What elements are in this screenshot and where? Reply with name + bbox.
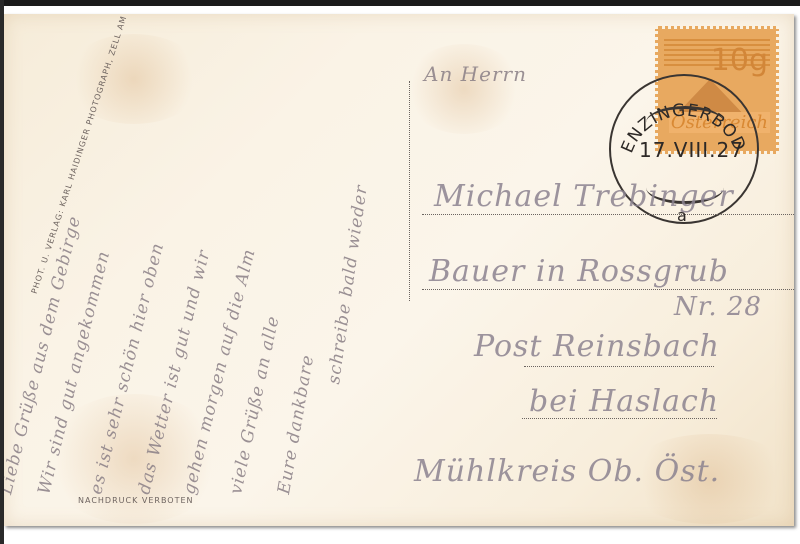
copyright-notice: NACHDRUCK VERBOTEN: [78, 496, 194, 505]
postmark-bar-top: [646, 106, 724, 139]
postmark-date: 17.VIII.27: [639, 138, 744, 162]
address-salutation: An Herrn: [424, 62, 527, 86]
address-line: Michael Trebinger: [434, 179, 734, 214]
paper-stain: [64, 34, 204, 124]
address-rule: [422, 214, 794, 215]
paper-stain: [404, 44, 524, 134]
message-line: Eure dankbare: [274, 353, 318, 496]
address-line: Mühlkreis Ob. Öst.: [414, 454, 720, 489]
postcard: Liebe Grüße aus dem Gebirge Wir sind gut…: [4, 14, 794, 526]
message-line: schreibe bald wieder: [324, 184, 372, 386]
address-rule: [522, 418, 717, 419]
address-rule: [422, 289, 794, 290]
address-rule: [524, 366, 714, 367]
scan-border-top: [0, 0, 800, 6]
address-line: Bauer in Rossgrub: [429, 254, 729, 289]
address-line: bei Haslach: [529, 384, 719, 419]
stamp-value: 10g: [711, 43, 768, 78]
address-line: Post Reinsbach: [474, 329, 720, 364]
center-divider: [409, 81, 410, 301]
address-line: Nr. 28: [674, 292, 762, 322]
